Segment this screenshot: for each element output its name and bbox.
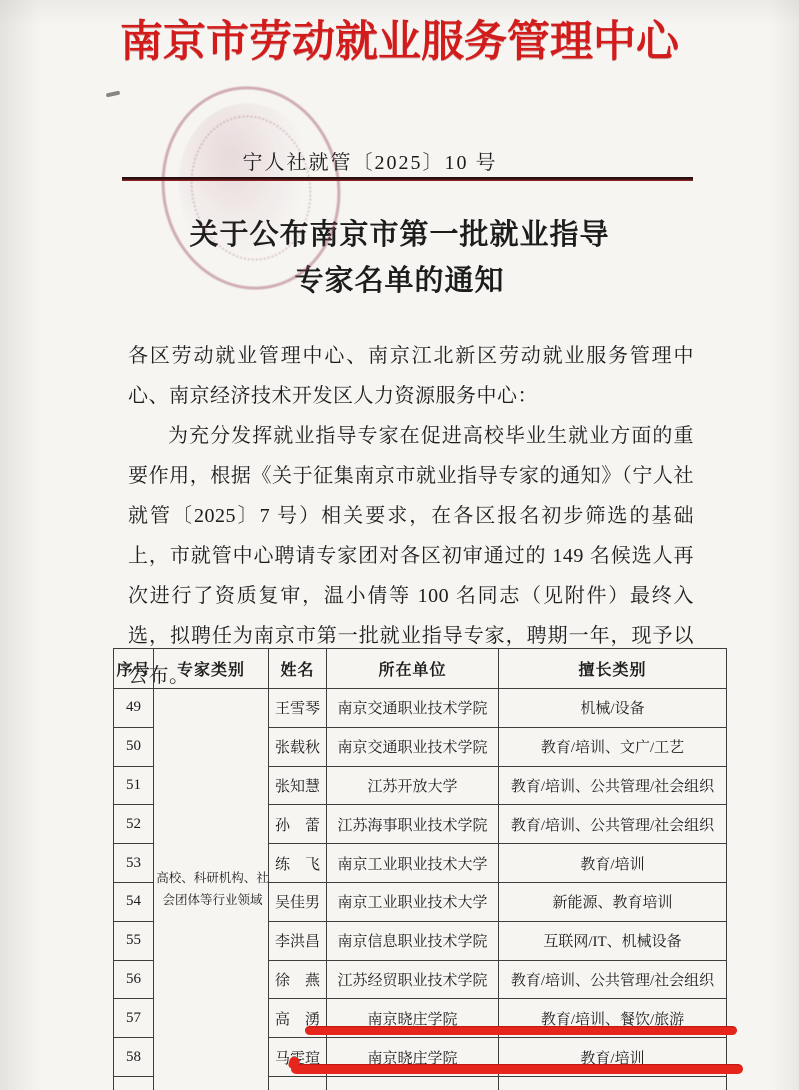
table-header-row: 序号 专家类别 姓名 所在单位 擅长类别 <box>114 649 727 689</box>
specialty-cell: 机械/设备 <box>499 689 727 728</box>
expert-category-label: 高校、科研机构、社会团体等行业领域 <box>156 867 269 911</box>
organization-cell: 南京工业职业技术大学 <box>327 844 499 883</box>
red-marker-underline-row57 <box>305 1026 737 1035</box>
row-number-cell: 49 <box>114 689 154 728</box>
organization-cell: 南京交通职业技术学院 <box>327 727 499 766</box>
scanned-notice-page: 南京市劳动就业服务管理中心 宁人社就管〔2025〕10 号 关于公布南京市第一批… <box>0 0 799 1090</box>
name-cell: 吴佳男 <box>269 882 327 921</box>
notice-title: 关于公布南京市第一批就业指导 专家名单的通知 <box>0 212 799 304</box>
row-number-cell: 56 <box>114 960 154 999</box>
specialty-cell: 教育/培训、文广/工艺 <box>499 727 727 766</box>
name-cell: 孙 蕾 <box>269 805 327 844</box>
column-header-no: 序号 <box>114 649 154 689</box>
column-header-org: 所在单位 <box>327 649 499 689</box>
specialty-cell: 新能源、教育培训 <box>499 882 727 921</box>
name-cell: 练 飞 <box>269 844 327 883</box>
specialty-cell: 教育/培训、公共管理/社会组织 <box>499 766 727 805</box>
organization-cell <box>327 1076 499 1090</box>
expert-category-cell: 高校、科研机构、社会团体等行业领域 <box>154 689 269 1090</box>
name-cell: 张载秋 <box>269 727 327 766</box>
organization-cell: 江苏海事职业技术学院 <box>327 805 499 844</box>
specialty-cell <box>499 1076 727 1090</box>
red-marker-underline-row58 <box>291 1064 743 1074</box>
specialty-cell: 教育/培训 <box>499 844 727 883</box>
row-number-cell: 53 <box>114 844 154 883</box>
row-number-cell: 55 <box>114 921 154 960</box>
row-number-cell: 52 <box>114 805 154 844</box>
notice-title-line-1: 关于公布南京市第一批就业指导 <box>0 212 799 258</box>
expert-roster-table: 序号 专家类别 姓名 所在单位 擅长类别 49 高校、科研机构、社会团体等行业领… <box>113 648 727 1090</box>
row-number-cell: 58 <box>114 1038 154 1077</box>
column-header-skill: 擅长类别 <box>499 649 727 689</box>
expert-roster-table-wrap: 序号 专家类别 姓名 所在单位 擅长类别 49 高校、科研机构、社会团体等行业领… <box>113 648 727 1090</box>
name-cell <box>269 1076 327 1090</box>
document-number: 宁人社就管〔2025〕10 号 <box>0 146 740 175</box>
specialty-cell: 教育/培训、公共管理/社会组织 <box>499 960 727 999</box>
name-cell: 李洪昌 <box>269 921 327 960</box>
organization-cell: 江苏经贸职业技术学院 <box>327 960 499 999</box>
issuing-org-title: 南京市劳动就业服务管理中心 <box>0 8 799 69</box>
organization-cell: 南京工业职业技术大学 <box>327 882 499 921</box>
organization-cell: 南京信息职业技术学院 <box>327 921 499 960</box>
row-number-cell: 51 <box>114 766 154 805</box>
name-cell: 王雪琴 <box>269 689 327 728</box>
salutation-text: 各区劳动就业管理中心、南京江北新区劳动就业服务管理中心、南京经济技术开发区人力资… <box>128 336 694 416</box>
specialty-cell: 教育/培训、公共管理/社会组织 <box>499 805 727 844</box>
name-cell: 徐 燕 <box>269 960 327 999</box>
column-header-category: 专家类别 <box>154 649 269 689</box>
row-number-cell <box>114 1076 154 1090</box>
scan-artifact-mark <box>106 91 121 98</box>
notice-body: 各区劳动就业管理中心、南京江北新区劳动就业服务管理中心、南京经济技术开发区人力资… <box>128 336 694 696</box>
organization-cell: 江苏开放大学 <box>327 766 499 805</box>
notice-title-line-2: 专家名单的通知 <box>0 258 799 304</box>
red-divider-rule <box>122 177 693 181</box>
column-header-name: 姓名 <box>269 649 327 689</box>
table-row: 49 高校、科研机构、社会团体等行业领域 王雪琴 南京交通职业技术学院 机械/设… <box>114 689 727 728</box>
name-cell: 张知慧 <box>269 766 327 805</box>
row-number-cell: 50 <box>114 727 154 766</box>
row-number-cell: 57 <box>114 999 154 1038</box>
row-number-cell: 54 <box>114 882 154 921</box>
specialty-cell: 互联网/IT、机械设备 <box>499 921 727 960</box>
organization-cell: 南京交通职业技术学院 <box>327 689 499 728</box>
